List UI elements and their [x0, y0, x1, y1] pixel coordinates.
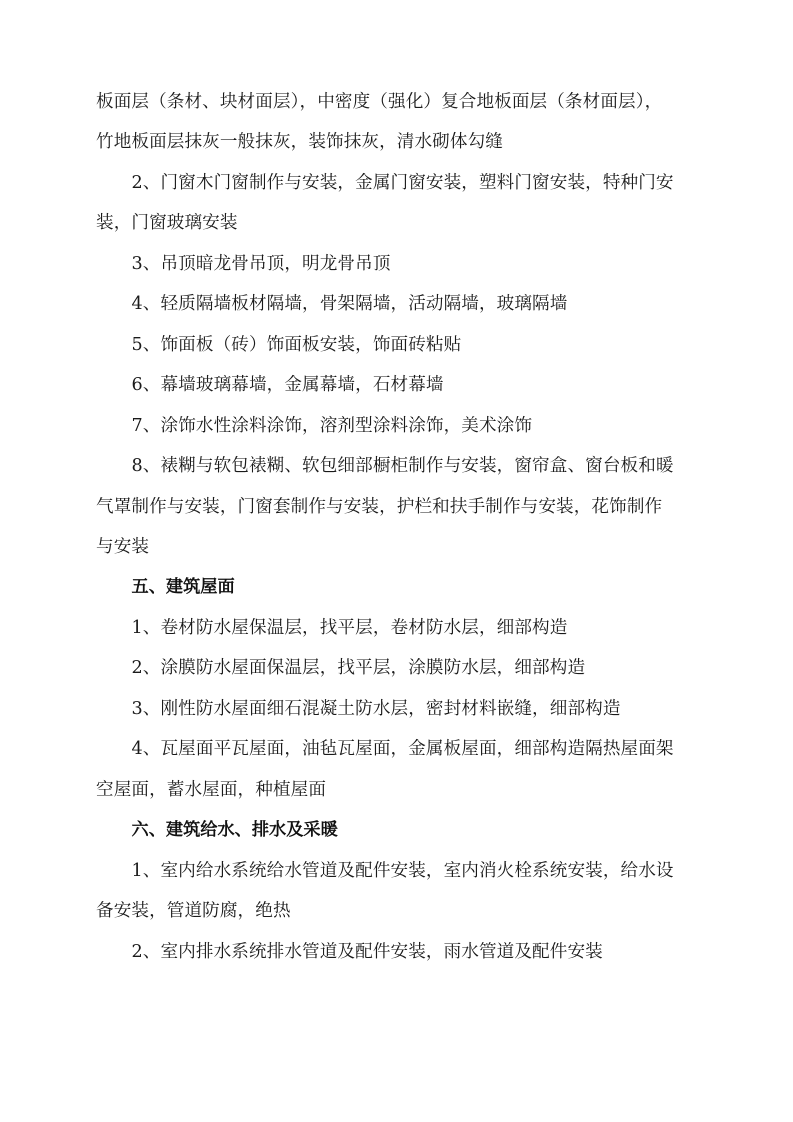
list-item-wallcovering-details: 8、裱糊与软包裱糊、软包细部橱柜制作与安装，窗帘盒、窗台板和暖 气罩制作与安装，… [96, 446, 702, 567]
text-line: 装，门窗玻璃安装 [96, 203, 702, 243]
text-line: 8、裱糊与软包裱糊、软包细部橱柜制作与安装，窗帘盒、窗台板和暖 [96, 446, 702, 486]
text-line: 空屋面，蓄水屋面，种植屋面 [96, 770, 702, 810]
text-line: 3、刚性防水屋面细石混凝土防水层，密封材料嵌缝，细部构造 [96, 689, 702, 729]
text-line: 气罩制作与安装，门窗套制作与安装，护栏和扶手制作与安装，花饰制作 [96, 487, 702, 527]
list-item-facing-panels: 5、饰面板（砖）饰面板安装，饰面砖粘贴 [96, 325, 702, 365]
list-item-coating-roof: 2、涂膜防水屋面保温层，找平层，涂膜防水层，细部构造 [96, 648, 702, 688]
document-page: 板面层（条材、块材面层），中密度（强化）复合地板面层（条材面层）， 竹地板面层抹… [96, 82, 702, 972]
text-line: 2、门窗木门窗制作与安装，金属门窗安装，塑料门窗安装，特种门安 [96, 163, 702, 203]
text-line: 1、卷材防水屋保温层，找平层，卷材防水层，细部构造 [96, 608, 702, 648]
text-line: 3、吊顶暗龙骨吊顶，明龙骨吊顶 [96, 244, 702, 284]
section-heading-plumbing-heating: 六、建筑给水、排水及采暖 [96, 810, 702, 850]
heading-text: 五、建筑屋面 [96, 567, 702, 607]
text-line: 竹地板面层抹灰一般抹灰，装饰抹灰，清水砌体勾缝 [96, 122, 702, 162]
paragraph-continuation: 板面层（条材、块材面层），中密度（强化）复合地板面层（条材面层）， 竹地板面层抹… [96, 82, 702, 163]
list-item-doors-windows: 2、门窗木门窗制作与安装，金属门窗安装，塑料门窗安装，特种门安 装，门窗玻璃安装 [96, 163, 702, 244]
list-item-indoor-drainage: 2、室内排水系统排水管道及配件安装，雨水管道及配件安装 [96, 932, 702, 972]
list-item-indoor-water-supply: 1、室内给水系统给水管道及配件安装，室内消火栓系统安装，给水设 备安装，管道防腐… [96, 851, 702, 932]
text-line: 与安装 [96, 527, 702, 567]
text-line: 2、涂膜防水屋面保温层，找平层，涂膜防水层，细部构造 [96, 648, 702, 688]
text-line: 1、室内给水系统给水管道及配件安装，室内消火栓系统安装，给水设 [96, 851, 702, 891]
heading-text: 六、建筑给水、排水及采暖 [96, 810, 702, 850]
text-line: 5、饰面板（砖）饰面板安装，饰面砖粘贴 [96, 325, 702, 365]
text-line: 4、瓦屋面平瓦屋面，油毡瓦屋面，金属板屋面，细部构造隔热屋面架 [96, 729, 702, 769]
text-line: 6、幕墙玻璃幕墙，金属幕墙，石材幕墙 [96, 365, 702, 405]
text-line: 7、涂饰水性涂料涂饰，溶剂型涂料涂饰，美术涂饰 [96, 406, 702, 446]
text-line: 备安装，管道防腐，绝热 [96, 891, 702, 931]
list-item-coatings: 7、涂饰水性涂料涂饰，溶剂型涂料涂饰，美术涂饰 [96, 406, 702, 446]
text-line: 板面层（条材、块材面层），中密度（强化）复合地板面层（条材面层）， [96, 82, 702, 122]
list-item-curtain-walls: 6、幕墙玻璃幕墙，金属幕墙，石材幕墙 [96, 365, 702, 405]
text-line: 2、室内排水系统排水管道及配件安装，雨水管道及配件安装 [96, 932, 702, 972]
section-heading-roofing: 五、建筑屋面 [96, 567, 702, 607]
list-item-ceiling: 3、吊顶暗龙骨吊顶，明龙骨吊顶 [96, 244, 702, 284]
text-line: 4、轻质隔墙板材隔墙，骨架隔墙，活动隔墙，玻璃隔墙 [96, 284, 702, 324]
list-item-tile-roof: 4、瓦屋面平瓦屋面，油毡瓦屋面，金属板屋面，细部构造隔热屋面架 空屋面，蓄水屋面… [96, 729, 702, 810]
list-item-rigid-roof: 3、刚性防水屋面细石混凝土防水层，密封材料嵌缝，细部构造 [96, 689, 702, 729]
list-item-partition-walls: 4、轻质隔墙板材隔墙，骨架隔墙，活动隔墙，玻璃隔墙 [96, 284, 702, 324]
list-item-membrane-roof: 1、卷材防水屋保温层，找平层，卷材防水层，细部构造 [96, 608, 702, 648]
